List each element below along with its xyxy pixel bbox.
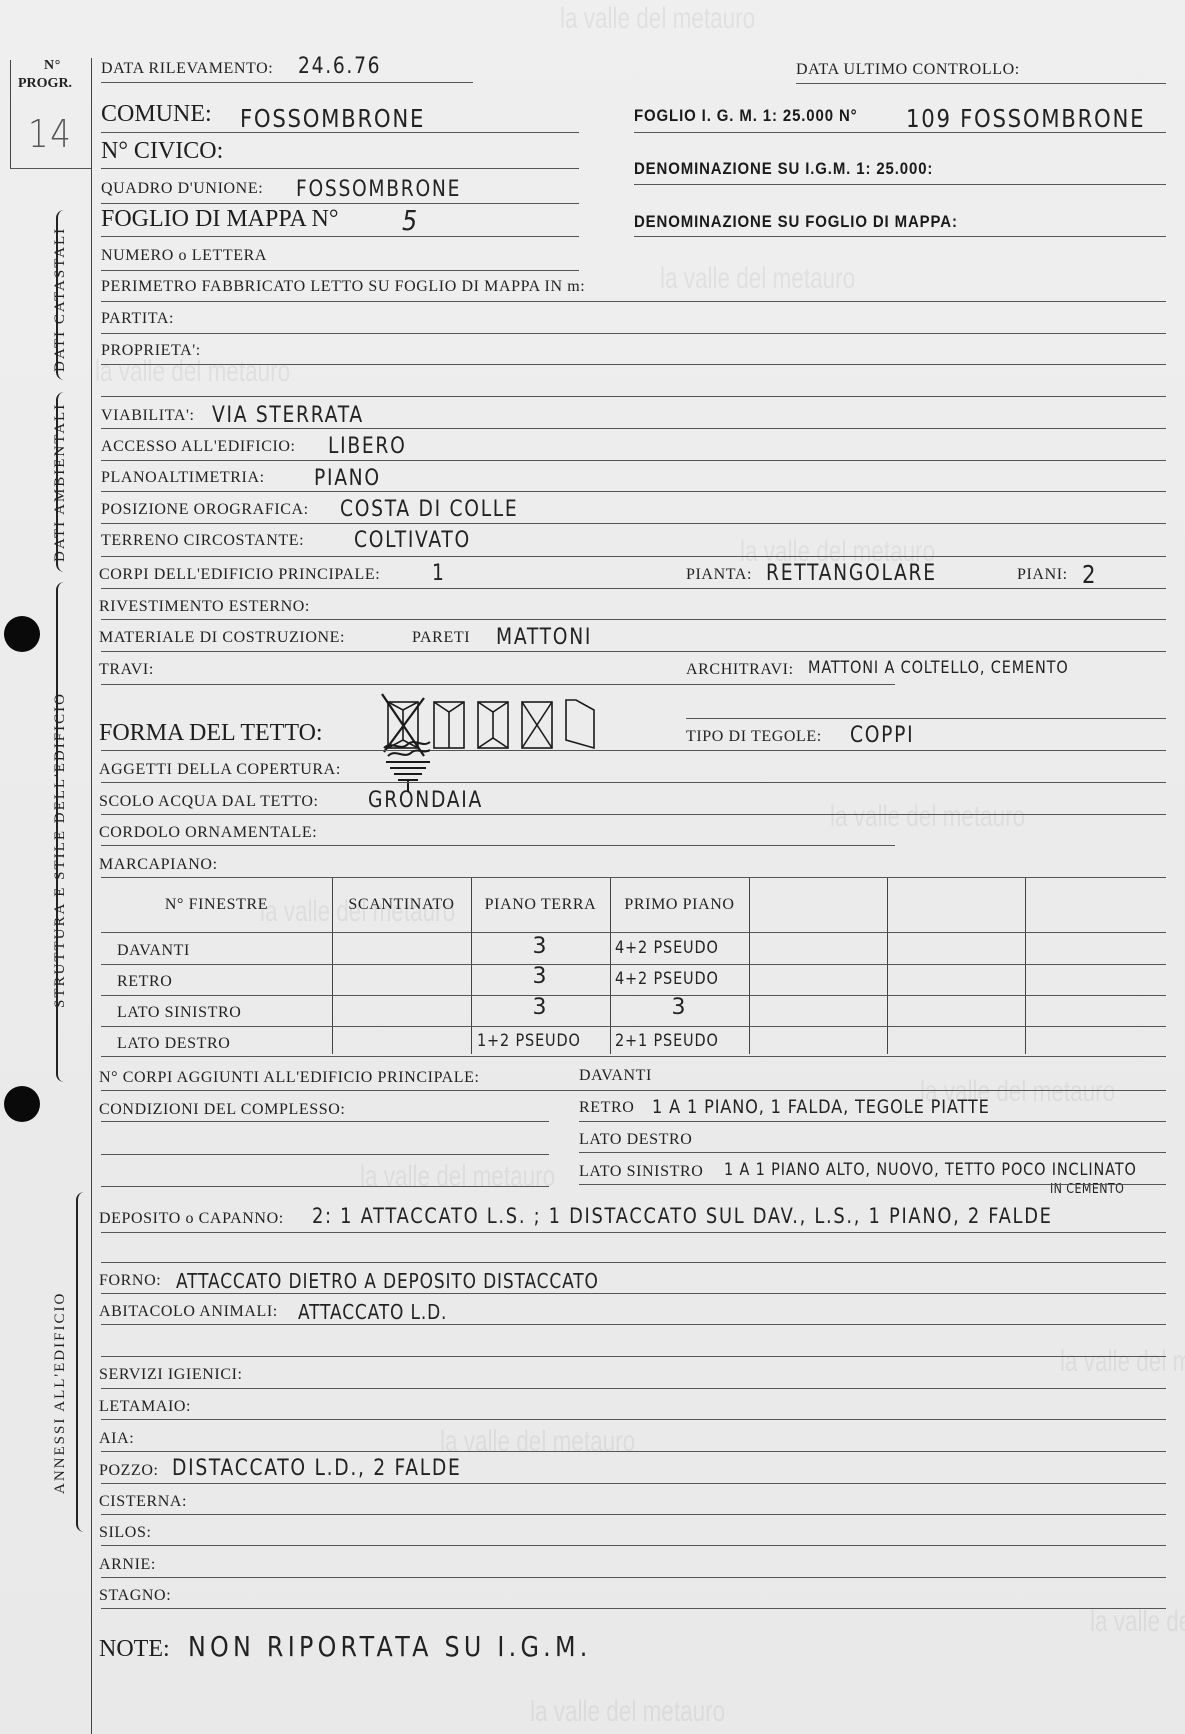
watermark: la valle del metauro — [1060, 1345, 1185, 1379]
condizioni-label: CONDIZIONI DEL COMPLESSO: — [99, 1101, 345, 1119]
foglio-igm-label: FOGLIO I. G. M. 1: 25.000 N° — [634, 106, 857, 126]
section-label-annessi: ANNESSI ALL'EDIFICIO — [52, 1292, 69, 1494]
cell-piano-terra[interactable]: 1+2 PSEUDO — [477, 1031, 581, 1051]
tipo-tegole-label: TIPO DI TEGOLE: — [686, 728, 822, 746]
comune-value[interactable]: FOSSOMBRONE — [240, 104, 425, 133]
partita-label: PARTITA: — [101, 310, 174, 328]
row-label: RETRO — [117, 973, 172, 991]
data-rilevamento-label: DATA RILEVAMENTO: — [101, 60, 273, 78]
materiale-label: MATERIALE DI COSTRUZIONE: — [99, 629, 345, 647]
terreno-value[interactable]: COLTIVATO — [354, 528, 471, 553]
note-value[interactable]: NON RIPORTATA SU I.G.M. — [188, 1630, 592, 1663]
retro-label: RETRO — [579, 1099, 634, 1117]
piani-label: PIANI: — [1017, 566, 1068, 584]
table-row: LATO DESTRO 1+2 PSEUDO 2+1 PSEUDO — [101, 1026, 1166, 1054]
planoaltimetria-value[interactable]: PIANO — [314, 466, 381, 491]
letamaio-label: LETAMAIO: — [99, 1398, 191, 1416]
watermark: la valle del metauro — [560, 2, 755, 36]
table-header: N° FINESTRE — [101, 896, 332, 914]
scolo-label: SCOLO ACQUA DAL TETTO: — [99, 793, 319, 811]
field-line — [101, 460, 1166, 461]
field-line — [101, 1545, 1166, 1546]
field-line — [101, 396, 1166, 397]
field-line — [101, 845, 895, 846]
cell-primo-piano[interactable]: 4+2 PSEUDO — [615, 969, 719, 989]
field-line — [101, 1324, 1166, 1325]
materiale-value[interactable]: MATTONI — [496, 625, 592, 650]
pianta-value[interactable]: RETTANGOLARE — [766, 561, 937, 586]
data-rilevamento-value[interactable]: 24.6.76 — [298, 54, 381, 79]
field-line — [101, 428, 1166, 429]
data-ultimo-controllo-label: DATA ULTIMO CONTROLLO: — [796, 61, 1020, 79]
cell-primo-piano[interactable]: 2+1 PSEUDO — [615, 1031, 719, 1051]
field-line — [101, 1577, 1166, 1578]
pozzo-label: POZZO: — [99, 1462, 159, 1480]
field-line — [101, 1154, 549, 1155]
field-line — [101, 301, 1166, 302]
field-line — [101, 1451, 1166, 1452]
quadro-label: QUADRO D'UNIONE: — [101, 180, 263, 198]
section-label-struttura: STRUTTURA E STILE DELL'EDIFICIO — [52, 692, 69, 1008]
survey-form-page: la valle del metauro la valle del metaur… — [0, 0, 1185, 1734]
field-line — [101, 1090, 1166, 1091]
quadro-value[interactable]: FOSSOMBRONE — [296, 177, 461, 202]
corpi-value[interactable]: 1 — [432, 561, 446, 586]
cell-piano-terra[interactable]: 3 — [471, 934, 610, 959]
roof-option-una-falda-icon — [566, 700, 594, 748]
aggetti-label: AGGETTI DELLA COPERTURA: — [99, 761, 341, 779]
deposito-label: DEPOSITO o CAPANNO: — [99, 1210, 284, 1228]
table-header: SCANTINATO — [332, 896, 471, 914]
punch-hole — [4, 1086, 40, 1122]
corpi-aggiunti-label: N° CORPI AGGIUNTI ALL'EDIFICIO PRINCIPAL… — [99, 1069, 480, 1087]
field-line — [101, 82, 473, 83]
cell-primo-piano[interactable]: 3 — [610, 995, 749, 1020]
field-line — [101, 814, 1166, 815]
field-line — [101, 333, 1166, 334]
progr-label: N° — [44, 58, 61, 74]
field-line — [101, 1262, 1166, 1263]
accesso-label: ACCESSO ALL'EDIFICIO: — [101, 438, 296, 456]
terreno-label: TERRENO CIRCOSTANTE: — [101, 532, 304, 550]
foglio-mappa-label: FOGLIO DI MAPPA N° — [101, 206, 338, 233]
field-line — [686, 718, 1166, 719]
lato-sinistro-label: LATO SINISTRO — [579, 1163, 703, 1181]
field-line — [101, 364, 1166, 365]
progr-label: PROGR. — [18, 76, 72, 92]
field-line — [101, 1514, 1166, 1515]
field-line — [634, 236, 1166, 237]
watermark: la valle del metauro — [360, 1160, 555, 1194]
retro-value[interactable]: 1 A 1 PIANO, 1 FALDA, TEGOLE PIATTE — [652, 1096, 990, 1118]
finestre-table: N° FINESTRE SCANTINATO PIANO TERRA PRIMO… — [101, 878, 1166, 1054]
cell-piano-terra[interactable]: 3 — [471, 964, 610, 989]
field-line — [101, 1483, 1166, 1484]
accesso-value[interactable]: LIBERO — [328, 434, 406, 459]
section-label-catastali: DATI CATASTALI — [52, 227, 69, 372]
viabilita-value[interactable]: VIA STERRATA — [212, 403, 364, 428]
field-line — [634, 132, 1166, 133]
stagno-label: STAGNO: — [99, 1587, 171, 1605]
civico-label: N° CIVICO: — [101, 138, 223, 165]
architravi-value[interactable]: MATTONI A COLTELLO, CEMENTO — [808, 658, 1069, 678]
field-line — [579, 1152, 1166, 1153]
row-label: LATO DESTRO — [117, 1035, 230, 1053]
field-line — [101, 750, 1166, 751]
corpi-label: CORPI DELL'EDIFICIO PRINCIPALE: — [99, 566, 380, 584]
field-line — [101, 619, 1166, 620]
cisterna-label: CISTERNA: — [99, 1493, 187, 1511]
travi-label: TRAVI: — [99, 661, 154, 679]
table-row: RETRO 3 4+2 PSEUDO — [101, 964, 1166, 995]
progr-box-border — [10, 60, 11, 168]
cell-piano-terra[interactable]: 3 — [471, 995, 610, 1020]
section-brace — [76, 1192, 84, 1532]
field-line — [101, 782, 1166, 783]
forno-value[interactable]: ATTACCATO DIETRO A DEPOSITO DISTACCATO — [176, 1269, 599, 1293]
field-line — [579, 1184, 1166, 1185]
field-line — [101, 1419, 1166, 1420]
watermark: la valle del metauro — [530, 1695, 725, 1729]
proprieta-label: PROPRIETA': — [101, 342, 201, 360]
pareti-label: PARETI — [412, 629, 470, 647]
row-label: DAVANTI — [117, 942, 190, 960]
field-line — [101, 1356, 1166, 1357]
field-line — [101, 132, 579, 133]
progr-box-border — [10, 168, 91, 169]
progr-value[interactable]: 14 — [28, 112, 73, 156]
table-row: DAVANTI 3 4+2 PSEUDO — [101, 932, 1166, 964]
viabilita-label: VIABILITA': — [101, 407, 195, 425]
posizione-value[interactable]: COSTA DI COLLE — [340, 497, 518, 522]
field-line — [634, 184, 1166, 185]
field-line — [796, 83, 1166, 84]
cell-primo-piano[interactable]: 4+2 PSEUDO — [615, 938, 719, 958]
table-header: PIANO TERRA — [471, 896, 610, 914]
table-row: LATO SINISTRO 3 3 — [101, 995, 1166, 1026]
forno-label: FORNO: — [99, 1272, 161, 1290]
margin-rule — [91, 58, 92, 1734]
field-line — [101, 1186, 549, 1187]
field-line — [101, 491, 1166, 492]
field-line — [101, 684, 895, 685]
field-line — [101, 1056, 1166, 1057]
watermark: la valle del metauro — [660, 262, 855, 296]
roof-option-quattro-falde-icon — [522, 702, 552, 748]
abitacolo-label: ABITACOLO ANIMALI: — [99, 1303, 278, 1321]
marcapiano-label: MARCAPIANO: — [99, 856, 218, 874]
field-line — [101, 236, 579, 237]
lato-destro-label: LATO DESTRO — [579, 1131, 692, 1149]
field-line — [579, 1121, 1166, 1122]
foglio-igm-value[interactable]: 109 FOSSOMBRONE — [906, 104, 1145, 133]
table-header: PRIMO PIANO — [610, 896, 749, 914]
field-line — [101, 1121, 549, 1122]
servizi-label: SERVIZI IGIENICI: — [99, 1366, 243, 1384]
posizione-label: POSIZIONE OROGRAFICA: — [101, 501, 309, 519]
pozzo-value[interactable]: DISTACCATO L.D., 2 FALDE — [172, 1456, 461, 1481]
watermark: la valle del metauro — [95, 355, 290, 389]
watermark: la valle del metauro — [440, 1425, 635, 1459]
planoaltimetria-label: PLANOALTIMETRIA: — [101, 469, 265, 487]
architravi-label: ARCHITRAVI: — [686, 661, 794, 679]
numero-label: NUMERO o LETTERA — [101, 247, 267, 265]
field-line — [101, 588, 1166, 589]
field-line — [101, 270, 579, 271]
watermark: la valle del metauro — [1090, 1605, 1185, 1639]
cordolo-label: CORDOLO ORNAMENTALE: — [99, 824, 317, 842]
field-line — [101, 1293, 1166, 1294]
field-line — [101, 556, 1166, 557]
punch-hole — [4, 616, 40, 652]
foglio-mappa-value[interactable]: 5 — [402, 204, 419, 237]
field-line — [101, 1608, 1166, 1609]
arnie-label: ARNIE: — [99, 1556, 156, 1574]
scolo-value[interactable]: GRONDAIA — [368, 788, 483, 813]
field-line — [101, 1388, 1166, 1389]
denominazione-mappa-label: DENOMINAZIONE SU FOGLIO DI MAPPA: — [634, 212, 958, 232]
row-label: LATO SINISTRO — [117, 1004, 241, 1022]
roof-option-due-falde-rialzata-icon — [478, 702, 508, 748]
aia-label: AIA: — [99, 1430, 134, 1448]
davanti-label: DAVANTI — [579, 1067, 652, 1085]
note-label: NOTE: — [99, 1636, 170, 1663]
denominazione-igm-label: DENOMINAZIONE SU I.G.M. 1: 25.000: — [634, 159, 933, 179]
field-line — [101, 1232, 1166, 1233]
perimetro-label: PERIMETRO FABBRICATO LETTO SU FOGLIO DI … — [101, 278, 585, 296]
pianta-label: PIANTA: — [686, 566, 752, 584]
aggetti-sketch-icon[interactable] — [378, 738, 438, 794]
lato-sinistro-value[interactable]: 1 A 1 PIANO ALTO, NUOVO, TETTO POCO INCL… — [724, 1160, 1137, 1180]
field-line — [101, 168, 579, 169]
watermark: la valle del metauro — [830, 800, 1025, 834]
section-label-ambientali: DATI AMBIENTALI — [52, 403, 69, 562]
roof-option-due-falde-icon — [434, 702, 464, 748]
deposito-value[interactable]: 2: 1 ATTACCATO L.S. ; 1 DISTACCATO SUL D… — [312, 1204, 1053, 1228]
field-line — [101, 203, 579, 204]
piani-value[interactable]: 2 — [1082, 560, 1097, 589]
forma-tetto-label: FORMA DEL TETTO: — [99, 720, 323, 747]
comune-label: COMUNE: — [101, 101, 212, 128]
field-line — [101, 523, 1166, 524]
silos-label: SILOS: — [99, 1524, 152, 1542]
abitacolo-value[interactable]: ATTACCATO L.D. — [298, 1300, 447, 1324]
field-line — [101, 651, 1166, 652]
rivestimento-label: RIVESTIMENTO ESTERNO: — [99, 598, 310, 616]
tipo-tegole-value[interactable]: COPPI — [850, 723, 914, 748]
